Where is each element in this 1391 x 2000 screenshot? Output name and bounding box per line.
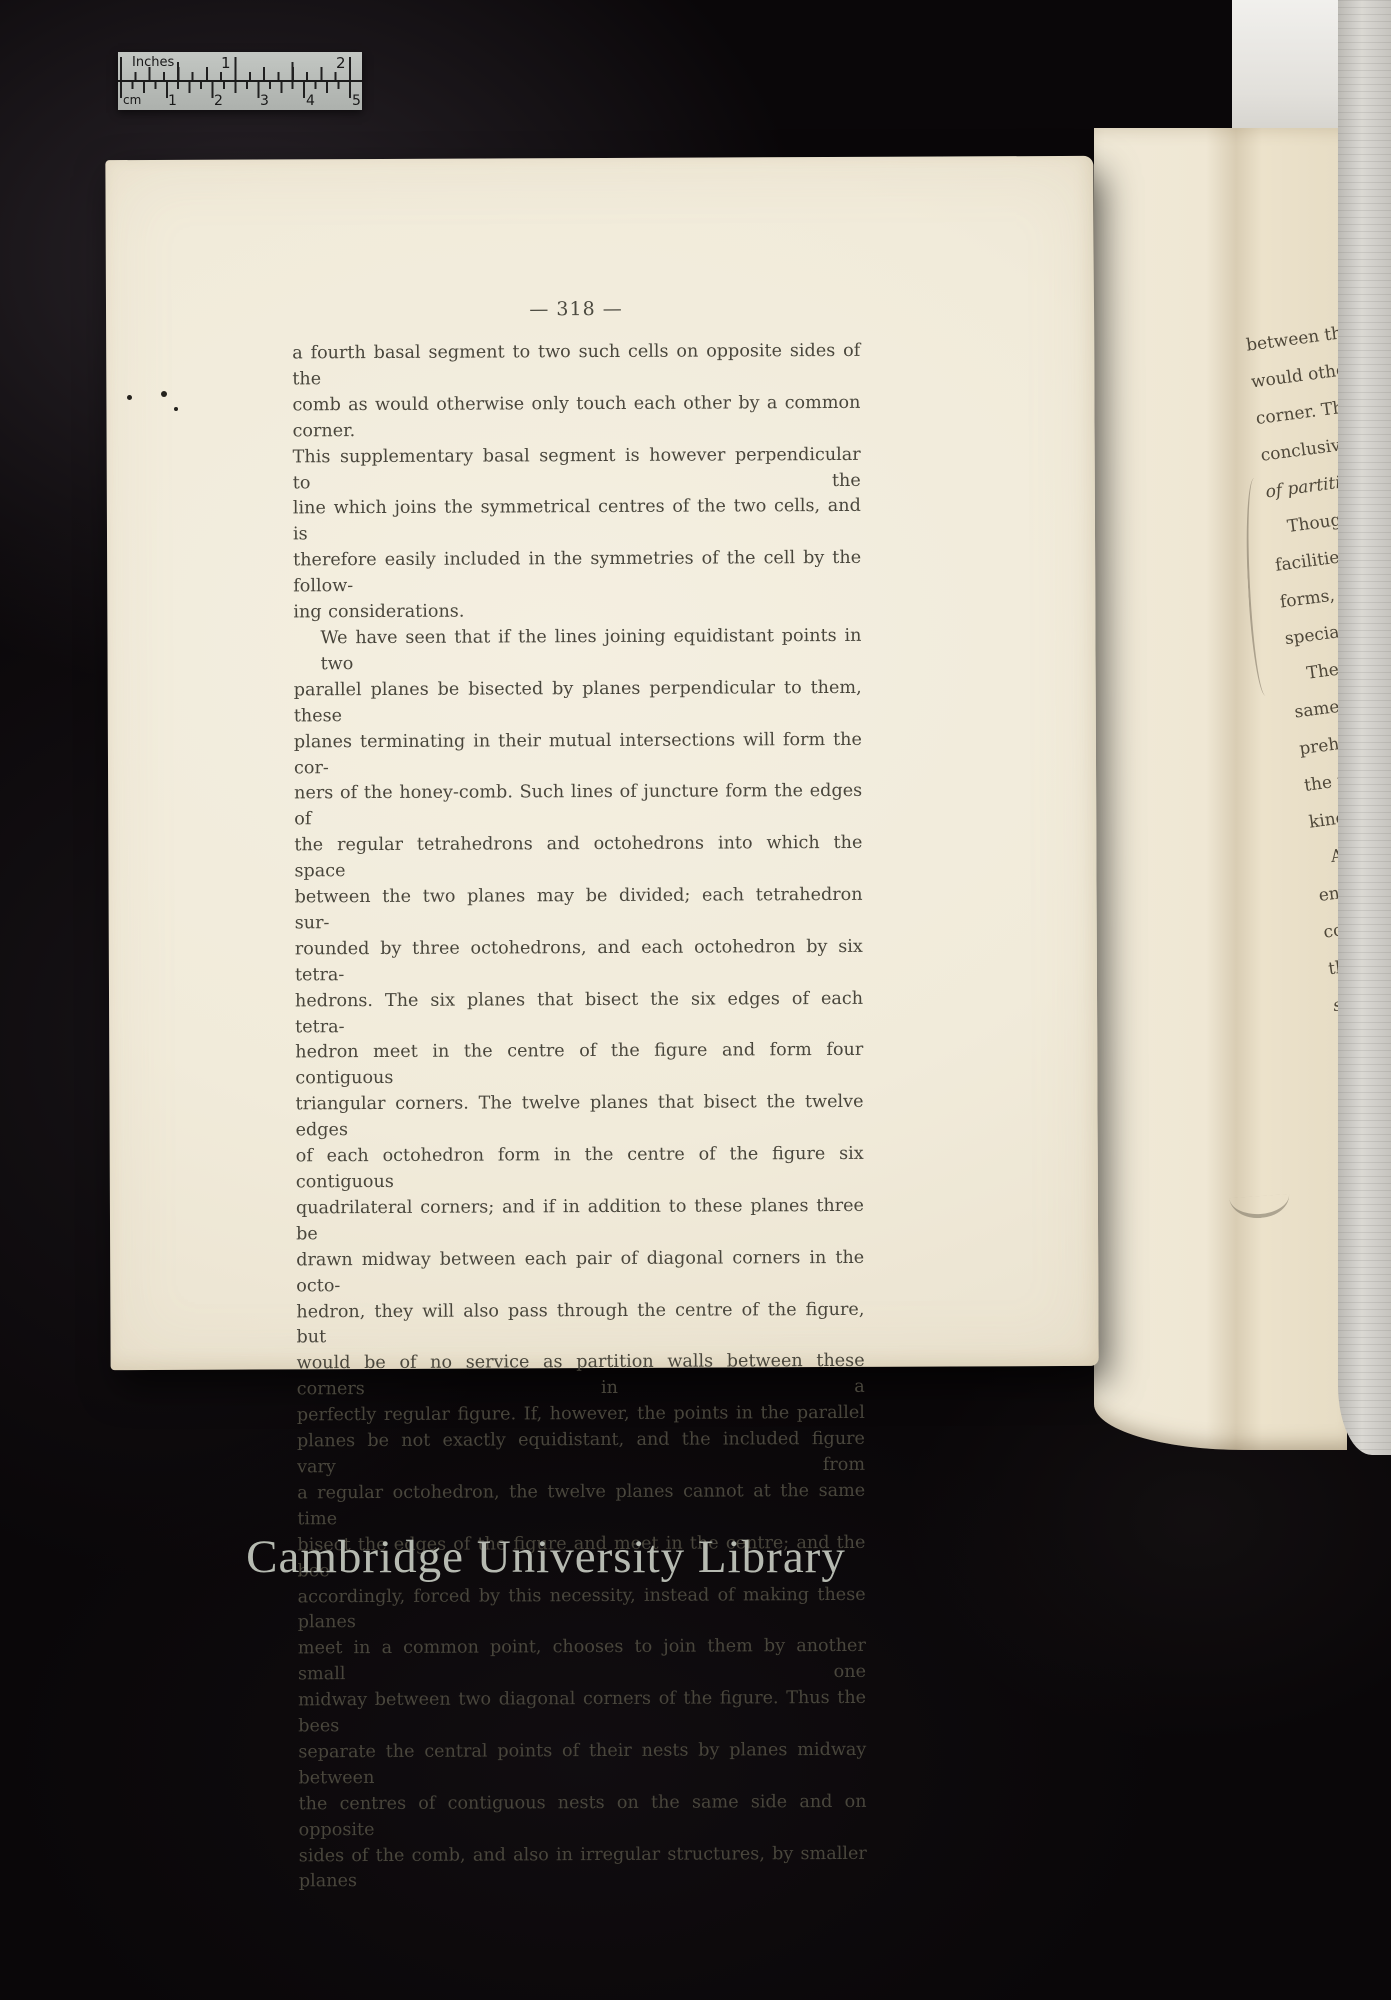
ruler-ticks: [120, 82, 360, 98]
ruler-cm-number: 5: [352, 93, 361, 109]
text-line: therefore easily included in the symmetr…: [293, 546, 861, 600]
book-page: — 318 — a fourth basal segment to two su…: [105, 156, 1098, 1370]
text-line: between the two planes may be divided; e…: [295, 883, 863, 937]
text-line: hedron meet in the centre of the figure …: [295, 1038, 863, 1092]
text-line: rounded by three octohedrons, and each o…: [295, 935, 863, 989]
text-line: midway between two diagonal corners of t…: [298, 1686, 866, 1740]
ink-dot: [161, 391, 167, 397]
ink-dot: [127, 395, 132, 400]
next-page-edge: between the centres of su would otherwis…: [1094, 128, 1347, 1450]
next-page-line-text: of partition: [1264, 470, 1347, 502]
text-line: sides of the comb, and also in irregular…: [299, 1841, 867, 1895]
text-line: of each octohedron form in the centre of…: [296, 1142, 864, 1196]
ruler-cm-number: 1: [168, 93, 177, 109]
text-line: perfectly regular figure. If, however, t…: [297, 1401, 865, 1429]
text-line: planes terminating in their mutual inter…: [294, 727, 862, 781]
ruler-inches-row: Inches 1 2: [118, 52, 362, 80]
text-line: quadrilateral corners; and if in additio…: [296, 1194, 864, 1248]
ruler-cm-row: cm 1 2 3 4 5: [118, 82, 362, 110]
text-line: comb as would otherwise only touch each …: [292, 391, 860, 445]
text-line: planes be not exactly equidistant, and t…: [297, 1427, 865, 1481]
ruler-cm-label: cm: [123, 93, 141, 107]
photo-background: between the centres of su would otherwis…: [0, 0, 1391, 2000]
text-line: This supplementary basal segment is howe…: [293, 442, 861, 496]
text-line: drawn midway between each pair of diagon…: [296, 1246, 864, 1300]
text-line: We have seen that if the lines joining e…: [293, 624, 861, 678]
text-line: hedrons. The six planes that bisect the …: [295, 987, 863, 1041]
next-page-line-text: between the centres of su: [1245, 307, 1347, 356]
ink-dot: [174, 407, 178, 411]
text-line: the centres of contiguous nests on the s…: [298, 1790, 866, 1844]
text-line: hedron, they will also pass through the …: [296, 1297, 864, 1351]
text-line: ners of the honey-comb. Such lines of ju…: [294, 779, 862, 833]
library-watermark: Cambridge University Library: [0, 1530, 1102, 1584]
text-line: ing considerations.: [293, 598, 861, 626]
text-line: the regular tetrahedrons and octohedrons…: [294, 831, 862, 885]
text-line: triangular corners. The twelve planes th…: [295, 1090, 863, 1144]
page-stack-fore-edge: [1338, 0, 1391, 1455]
next-page-text-fragment: between the centres of su would otherwis…: [1244, 289, 1347, 1392]
ruler-inches-label: Inches: [132, 55, 174, 70]
ruler-inch-number: 2: [336, 54, 346, 72]
page-text-block: a fourth basal segment to two such cells…: [292, 339, 867, 1896]
text-line: accordingly, forced by this necessity, i…: [298, 1582, 866, 1636]
text-line: a regular octohedron, the twelve planes …: [297, 1479, 865, 1533]
text-line: would be of no service as partition wall…: [297, 1349, 865, 1403]
text-line: line which joins the symmetrical centres…: [293, 494, 861, 548]
ruler-inch-number: 1: [221, 54, 231, 72]
page-number: — 318 —: [292, 297, 860, 321]
text-line: separate the central points of their nes…: [298, 1738, 866, 1792]
ruler-cm-number: 2: [214, 93, 223, 109]
ruler-cm-number: 3: [260, 93, 269, 109]
measurement-ruler: Inches 1 2 cm 1 2 3 4 5: [118, 52, 362, 110]
ruler-cm-number: 4: [306, 93, 315, 109]
text-line: a fourth basal segment to two such cells…: [292, 339, 860, 393]
text-line: parallel planes be bisected by planes pe…: [294, 676, 862, 730]
text-line: meet in a common point, chooses to join …: [298, 1634, 866, 1688]
